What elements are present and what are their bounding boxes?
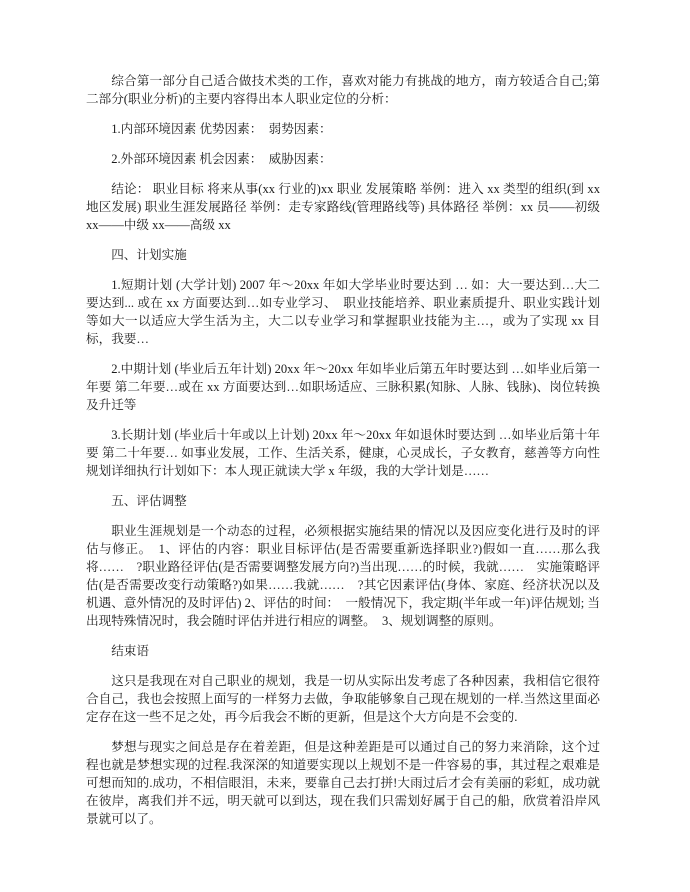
para-internal-factors: 1.内部环境因素 优势因素： 弱势因素： bbox=[86, 120, 600, 138]
para-closing-commitment: 这只是我现在对自己职业的规划，我是一切从实际出发考虑了各种因素，我相信它很符合自… bbox=[86, 672, 600, 726]
document-page: 综合第一部分自己适合做技术类的工作，喜欢对能力有挑战的地方，南方较适合自己;第二… bbox=[0, 0, 690, 892]
para-evaluation-content: 职业生涯规划是一个动态的过程，必须根据实施结果的情况以及因应变化进行及时的评估与… bbox=[86, 522, 600, 630]
section-heading-closing-remarks: 结束语 bbox=[86, 642, 600, 660]
para-closing-dream-reality: 梦想与现实之间总是存在着差距，但是这种差距是可以通过自己的努力来消除，这个过程也… bbox=[86, 738, 600, 828]
section-heading-plan-implementation: 四、计划实施 bbox=[86, 246, 600, 264]
para-external-factors: 2.外部环境因素 机会因素： 威胁因素： bbox=[86, 150, 600, 168]
para-mid-term-plan: 2.中期计划 (毕业后五年计划) 20xx 年～20xx 年如毕业后第五年时要达… bbox=[86, 360, 600, 414]
para-long-term-plan: 3.长期计划 (毕业后十年或以上计划) 20xx 年～20xx 年如退休时要达到… bbox=[86, 426, 600, 480]
section-heading-evaluation-adjustment: 五、评估调整 bbox=[86, 492, 600, 510]
para-conclusion-career-goal: 结论： 职业目标 将来从事(xx 行业的)xx 职业 发展策略 举例：进入 xx… bbox=[86, 180, 600, 234]
para-career-positioning-intro: 综合第一部分自己适合做技术类的工作，喜欢对能力有挑战的地方，南方较适合自己;第二… bbox=[86, 72, 600, 108]
para-short-term-plan: 1.短期计划 (大学计划) 2007 年～20xx 年如大学毕业时要达到 … 如… bbox=[86, 276, 600, 348]
document-body: 综合第一部分自己适合做技术类的工作，喜欢对能力有挑战的地方，南方较适合自己;第二… bbox=[86, 72, 600, 840]
